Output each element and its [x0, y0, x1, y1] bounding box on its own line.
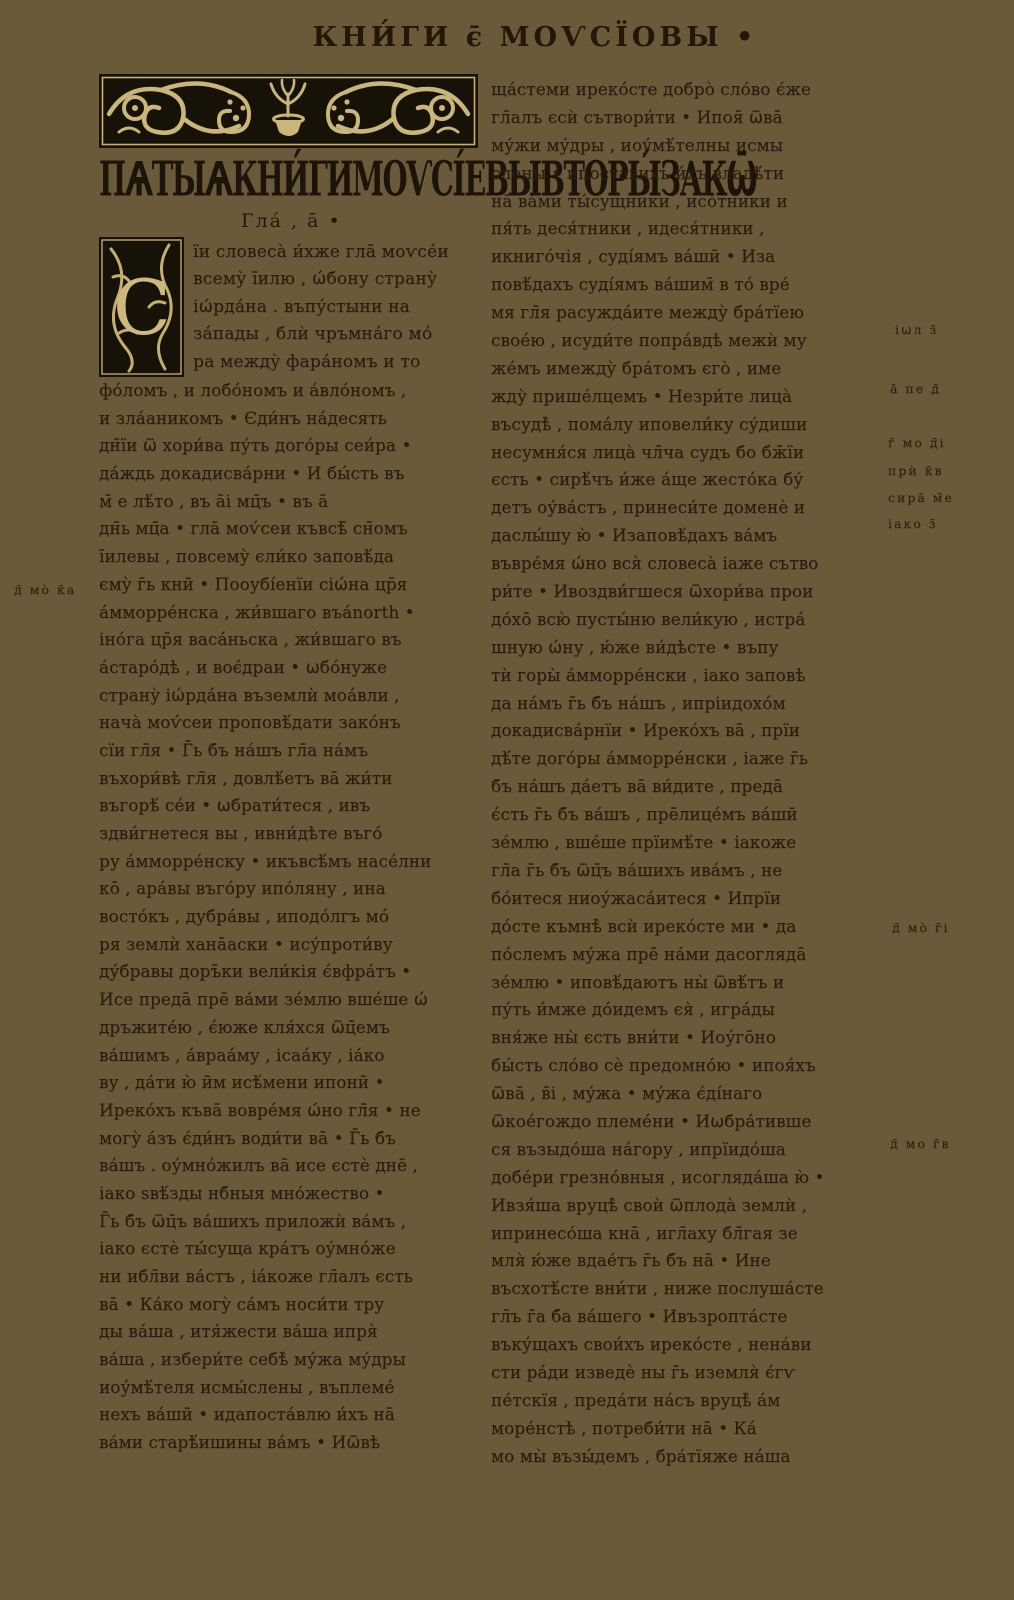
text-line: море́нстѣ , потреби́ти на̄ • Ка́	[491, 1415, 891, 1443]
text-line: а́старо́дѣ , и воє́драи • ѡбо́нуже	[99, 654, 487, 682]
text-line: гл̄алъ єсѝ сътвори́ти • Ипоя̄ ѿва̄	[491, 104, 891, 132]
text-line: на̄ ва́ми ты́сущники , исо́тники и	[491, 188, 891, 216]
text-line: дн̄їи ѿ хори́ва пу́ть дого́ры сеи́ра •	[99, 432, 487, 460]
text-line: до́хо̄ всю̀ пусты́ню вели́кую , истра́	[491, 606, 891, 634]
text-line: ву , да́ти ю̀ ӣм исѣ́мени ипонӣ •	[99, 1069, 487, 1097]
text-line: пя́ть деся́тники , идеся́тники ,	[491, 215, 891, 243]
text-line: сїи гл̄я • Г̄ь б̄ъ на́шъ гл̄а на́мъ	[99, 737, 487, 765]
text-line: всему̀ і̄илю , ѡ́бону страну̀	[193, 266, 487, 293]
text-line: фо́ломъ , и лобо́номъ и а́вло́номъ ,	[99, 377, 487, 405]
right-column-text: ща́стеми иреко́сте добро̀ сло́во є́жегл̄…	[491, 76, 891, 1471]
text-line: ни ибл̄ви ва́стъ , іа́коже гл̄алъ єсть	[99, 1263, 487, 1291]
right-column: ща́стеми иреко́сте добро̀ сло́во є́жегл̄…	[491, 76, 891, 1471]
text-line: іако ѕвѣ́зды нб̄ныя мно́жество •	[99, 1180, 487, 1208]
text-line: нехъ ва́шӣ • идапоста́влю и́хъ на̄	[99, 1401, 487, 1429]
text-line: гл̄ъ г̄а б̄а ва́шего • Ивъзропта́сте	[491, 1303, 891, 1331]
text-line: въвре́мя ѡ́но вся̀ словеса̀ іаже сътво	[491, 550, 891, 578]
text-line: ва́шъ . оу́мно́жилъ ва̄ исе єстѐ днē ,	[99, 1152, 487, 1180]
opening-lines: їи словеса̀ и́хже гла̄ моѵсе́ивсему̀ і̄и…	[193, 237, 487, 376]
text-line: м̄ е лѣ́то , въ а̄і мц̄ъ • въ а̄	[99, 488, 487, 516]
text-line: вня́же ны̀ єсть вни́ти • Иоу́го̄но	[491, 1024, 891, 1052]
text-line: въсхотѣ́сте вни́ти , ниже послуша́сте	[491, 1275, 891, 1303]
text-line: шную ѡ́ну , ю́же ви́дѣсте • въпу	[491, 634, 891, 662]
running-head: КНИ́ГИ є̄ МОѴСЇОВЫ •	[28, 22, 1014, 53]
text-line: ѿва̄ , в̄і , му́жа • му́жа є́ді́наго	[491, 1080, 891, 1108]
margin-note-right: іѡл з̄	[895, 322, 938, 337]
text-line: пу́ть и́мже до́идемъ єя̀ , игра́ды	[491, 996, 891, 1024]
text-line: ща́стеми иреко́сте добро̀ сло́во є́же	[491, 76, 891, 104]
text-line: въку́щахъ свои́хъ иреко́сте , нена́ви	[491, 1331, 891, 1359]
text-line: їи словеса̀ и́хже гла̄ моѵсе́и	[193, 239, 487, 266]
text-line: могу̀ а́зъ є́ди́нъ води́ти ва̄ • Г̄ь б̄ъ	[99, 1125, 487, 1153]
text-line: ся възыдо́ша на́гору , ипрїидо́ша	[491, 1136, 891, 1164]
text-line: ря землѝ хана̄аски • ису́проти́ву	[99, 931, 487, 959]
text-line: несумня́ся лица̀ чл̄ча судъ бо бж̄їи	[491, 439, 891, 467]
text-line: даслы́шу ю̀ • Изаповѣ́дахъ ва́мъ	[491, 522, 891, 550]
text-line: ва́шимъ , а́враа́му , ісаа́ку , іа́ко	[99, 1042, 487, 1070]
text-line: бы́сть сло́во сѐ предомно́ю • ипоя́хъ	[491, 1052, 891, 1080]
text-line: ва́ша , избери́те себѣ̀ му́жа му́дры	[99, 1346, 487, 1374]
text-line: дн̄ь мц̄а • гла̄ моѵ́сеи къвсѣ̄ сн̄омъ	[99, 515, 487, 543]
text-line: страну̀ іѡ́рда́на въземлѝ моа́вли ,	[99, 682, 487, 710]
text-line: и зла́аникомъ • Єди́нъ на́десять	[99, 405, 487, 433]
text-line: іно́га цр̄я васа́ньска , жи́вшаго въ	[99, 626, 487, 654]
text-line: мо мы̀ възы́демъ , бра́тїяже на́ша	[491, 1443, 891, 1471]
drop-cap-letter: С	[113, 263, 171, 352]
text-line: му́жи му́дры , иоу́мѣ́телны исмы	[491, 132, 891, 160]
text-line: въсудѣ̀ , пома́лу иповели́ку су́диши	[491, 411, 891, 439]
text-line: пе́тскїя , преда́ти на́съ вруцѣ̀ а́м	[491, 1387, 891, 1415]
text-line: по́слемъ му́жа пре̄ на́ми дасогляда̄	[491, 941, 891, 969]
text-line: сти ра́ди изведѐ ны г̄ь иземля̀ є́гѵ	[491, 1359, 891, 1387]
text-line: восто́къ , дубра́вы , иподо́лгъ мо́	[99, 903, 487, 931]
book-page: КНИ́ГИ є̄ МОѴСЇОВЫ •	[0, 0, 1014, 1600]
text-line: ру а́мморре́нску • икъвсѣ́мъ насе́лни	[99, 848, 487, 876]
drop-cap-initial: С	[99, 237, 184, 377]
text-line: ра между̀ фара́номъ и то	[193, 349, 487, 376]
text-line: тѝ горы̀ а́мморре́нски , іако заповѣ	[491, 662, 891, 690]
text-line: Исе преда̄ пре̄ ва́ми зе́млю вше́ше ѡ́	[99, 986, 487, 1014]
text-line: ва̄ • Ка́ко могу̀ са́мъ носи́ти тру	[99, 1291, 487, 1319]
text-line: іако єстѐ ты́суща кра́тъ оу́мно́же	[99, 1235, 487, 1263]
left-column-text: фо́ломъ , и лобо́номъ и а́вло́номъ ,и зл…	[99, 377, 487, 1457]
headpiece-woodcut	[99, 74, 478, 148]
text-line: Г̄ь б̄ъ ѿц̄ъ ва́шихъ приложѝ ва́мъ ,	[99, 1208, 487, 1236]
margin-note-right: сира̄ м̄е	[888, 490, 954, 505]
text-line: а́мморре́нска , жи́вшаго въа́north •	[99, 599, 487, 627]
text-line: до́сте къмнѣ̀ всѝ иреко́сте ми • да	[491, 913, 891, 941]
text-line: єму̀ г̄ь кнӣ • Пооубі́енїи сіѡ́на цр̄я	[99, 571, 487, 599]
text-line: детъ оу́ва́стъ , принеси́те доменѐ и	[491, 494, 891, 522]
text-line: ды ва́ша , итя́жести ва́ша ипря̀	[99, 1318, 487, 1346]
text-line: гл̄а г̄ь б̄ъ ѿц̄ъ ва́шихъ ива́мъ , не	[491, 857, 891, 885]
text-line: въгорѣ́ се́и • ѡбрати́теся , ивъ	[99, 792, 487, 820]
text-line: въхори́вѣ гл̄я , довлѣ́етъ ва̄ жи́ти	[99, 765, 487, 793]
text-line: ва́ми старѣ́ишины ва́мъ • Иѿвѣ	[99, 1429, 487, 1457]
text-line: дѣ́те дого́ры а́мморре́нски , іаже г̄ь	[491, 745, 891, 773]
text-line: иоу́мѣ́теля исмы́слены , въплеме́	[99, 1374, 487, 1402]
text-line: зе́млю • иповѣ́даютъ ны̀ ѿвѣ́тъ и	[491, 969, 891, 997]
text-line: жду̀ прише́лцемъ • Незри́те лица̀	[491, 383, 891, 411]
margin-note-right: а̄ пе д̄	[890, 381, 941, 396]
text-line: икниго́чія , суді́ямъ ва́шӣ • Иза	[491, 243, 891, 271]
text-line: да на́мъ г̄ь б̄ъ на́шъ , ипріидохо́м	[491, 690, 891, 718]
text-line: б̄ъ на́шъ да́етъ ва̄ ви́дите , преда̄	[491, 773, 891, 801]
text-line: дръжите́ю , є́юже кля́хся ѿц̄емъ	[99, 1014, 487, 1042]
margin-note-left: д̄ мо̀ к̄а	[14, 582, 76, 597]
margin-note-right: д̄ мо̀ г̄і	[892, 920, 949, 935]
text-line: за́пады , блѝ чръмна́го мо́	[193, 321, 487, 348]
text-line: мя гл̄я расужда́ите между̀ бра́тїею	[491, 299, 891, 327]
left-column: ПѦТЫѦКНИ́ГИМОѴСІ́ЕВЫВТОРЫ́ЗАКѠ̄ Гла́ , а…	[99, 74, 487, 1457]
text-line: ри́те • Ивоздви́гшеся ѿхори́ва прои	[491, 578, 891, 606]
text-line: здви́гнетеся вы , ивни́дѣте въго́	[99, 820, 487, 848]
text-line: слены • ипоста́вихъ и́хъ владѣ́ти	[491, 160, 891, 188]
margin-note-right: д̄ мо г̄в	[890, 1136, 950, 1151]
text-line: Иреко́хъ къва̄ вовре́мя ѡ́но гл̄я • не	[99, 1097, 487, 1125]
text-line: ѿкое́гождо племе́ни • Иѡбра́тивше	[491, 1108, 891, 1136]
text-line: свое́ю , исуди́те попра́вдѣ межѝ му	[491, 327, 891, 355]
text-line: і̄илевы , повсему̀ єли́ко заповѣ́да	[99, 543, 487, 571]
text-line: нача̀ моѵ́сеи проповѣ́дати зако́нъ	[99, 709, 487, 737]
text-line: зе́млю , вше́ше прїимѣ́те • іакоже	[491, 829, 891, 857]
text-line: іѡ́рда́на . въпу́стыни на	[193, 294, 487, 321]
margin-note-right: іако з̄	[888, 516, 938, 531]
margin-note-right: прѝ к̄в	[888, 463, 944, 478]
section-title-vyaz: ПѦТЫѦКНИ́ГИМОѴСІ́ЕВЫВТОРЫ́ЗАКѠ̄	[99, 146, 402, 213]
text-line: Ивзя́ша вруцѣ̀ своѝ ѿплода̀ землѝ ,	[491, 1192, 891, 1220]
text-line: ипринесо́ша кна̄ , игл̄аху бл̄гая зе	[491, 1220, 891, 1248]
text-line: ко̄ , ара́вы въго́ру ипо́ляну , ина	[99, 875, 487, 903]
opening-block: С їи словеса̀ и́хже гла̄ моѵсе́ивсему̀ і…	[99, 237, 487, 377]
text-line: повѣ́дахъ суді́ямъ ва́шим̄ в то́ вре́	[491, 271, 891, 299]
text-line: же́мъ имежду̀ бра́томъ єго̀ , име	[491, 355, 891, 383]
text-line: добе́ри грезно́вныя , исогляда́ша ю̀ •	[491, 1164, 891, 1192]
text-line: да́ждь докадисва́рни • И бы́сть въ	[99, 460, 487, 488]
text-line: ду́бравы доръ̄ки вели́кія є́вфра́тъ •	[99, 958, 487, 986]
text-line: мля̀ ю́же вдае́тъ г̄ь б̄ъ на̄ • Ине	[491, 1247, 891, 1275]
text-line: докадисва́рнїи • Иреко́хъ ва̄ , прїи	[491, 717, 891, 745]
text-line: єсть • сирѣ́чъ и́же а́ще жесто́ка бу́	[491, 466, 891, 494]
text-line: є́сть г̄ь б̄ъ ва́шъ , пре̄лице́мъ ва́шӣ	[491, 801, 891, 829]
margin-note-right: г̄ мо д̄і	[888, 435, 945, 450]
text-line: бо́итеся ниоу́жаса́итеся • Ипрїи	[491, 885, 891, 913]
